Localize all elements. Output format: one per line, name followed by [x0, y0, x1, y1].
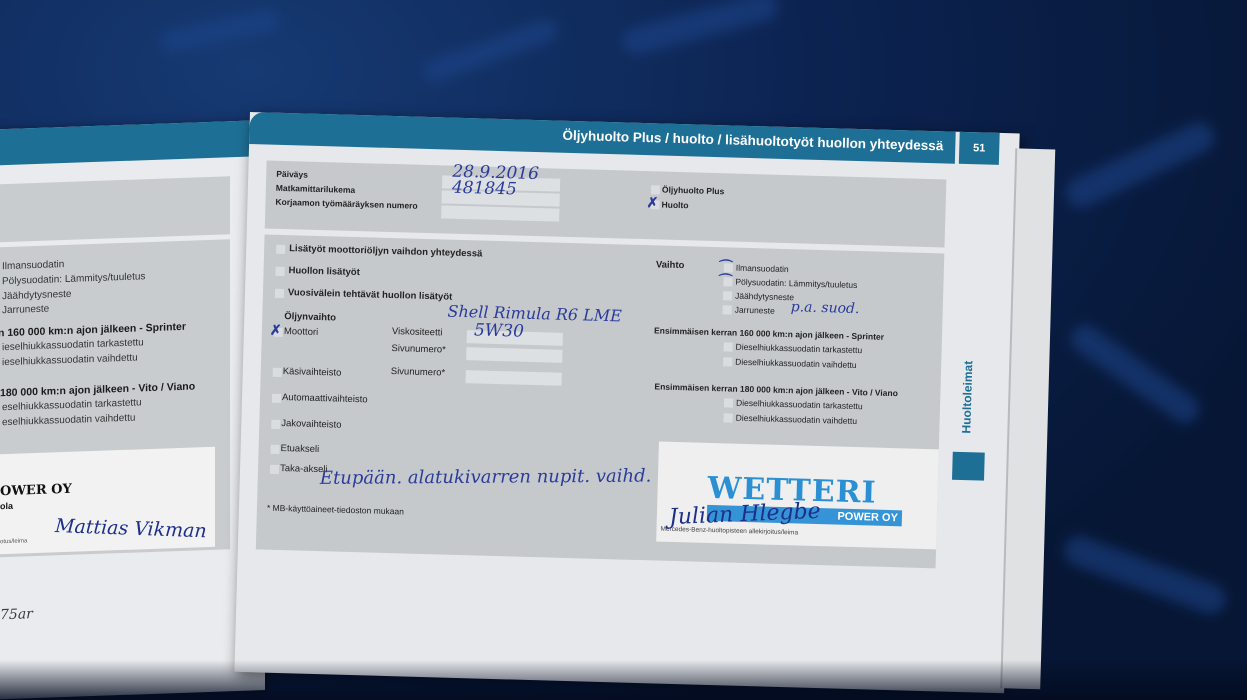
- oil-change-title: Öljynvaihto: [284, 311, 336, 323]
- vito-checkbox[interactable]: [724, 398, 733, 407]
- auto-gearbox-label: Automaattivaihteisto: [282, 392, 368, 405]
- replacement-check-mark: ⌒: [718, 270, 733, 290]
- side-tab[interactable]: Huoltoleimat: [951, 342, 984, 453]
- page-header: Öljyhuolto Plus / huolto / lisähuoltotyö…: [249, 112, 956, 164]
- engine-check-mark: ✗: [270, 322, 282, 339]
- left-stamp-area: OWER OY ola otus/leima Mattias Vikman: [0, 447, 215, 555]
- page-number: 51: [959, 132, 1000, 165]
- engine-label: Moottori: [284, 326, 319, 338]
- left-stamp-caption: otus/leima: [0, 538, 27, 545]
- carpet-texture: [619, 0, 781, 58]
- replacement-item: Pölysuodatin: Lämmitys/tuuletus: [735, 277, 857, 290]
- left-signature: Mattias Vikman: [54, 515, 207, 542]
- left-replacement-item: Jarruneste: [2, 304, 49, 317]
- front-axle-checkbox[interactable]: [270, 445, 279, 454]
- replacement-checkbox[interactable]: [723, 291, 732, 300]
- bottom-shadow: [0, 660, 1247, 700]
- page-title: Öljyhuolto Plus / huolto / lisähuoltotyö…: [562, 128, 943, 154]
- dealer-stamp-area: WETTERI POWER OY Mercedes-Benz-huoltopis…: [656, 442, 939, 550]
- left-header-bar: [0, 120, 265, 166]
- sprinter-checkbox[interactable]: [723, 357, 732, 366]
- extra-task-checkbox[interactable]: [275, 267, 284, 276]
- handwritten-remark: Etupään. alatukivarren nupit. vaihd.: [320, 466, 652, 489]
- vito-checkbox[interactable]: [724, 413, 733, 422]
- side-tab-label: Huoltoleimat: [959, 361, 975, 434]
- manual-gearbox-label: Käsivaihteisto: [283, 366, 342, 379]
- right-page: Öljyhuolto Plus / huolto / lisähuoltotyö…: [234, 112, 1019, 693]
- service-label: Huolto: [661, 200, 688, 211]
- dealer-signature: Julian Hlegbe: [668, 499, 821, 530]
- left-page: Ilmansuodatin Pölysuodatin: Lämmitys/tuu…: [0, 120, 265, 700]
- date-label: Päiväys: [276, 169, 308, 180]
- sprinter-item: Dieselhiukkassuodatin tarkastettu: [735, 342, 862, 356]
- sprinter-title: Ensimmäisen kerran 160 000 km:n ajon jäl…: [654, 325, 884, 341]
- oil-plus-checkbox[interactable]: [651, 185, 660, 194]
- vito-title: Ensimmäisen kerran 180 000 km:n ajon jäl…: [654, 381, 898, 398]
- left-handwritten-note: 75ar: [0, 606, 33, 623]
- extra-task-label: Vuosivälein tehtävät huollon lisätyöt: [288, 287, 453, 303]
- top-info-panel: Päiväys 28.9.2016 Matkamittarilukema 481…: [265, 160, 947, 247]
- side-tab-marker: [952, 452, 985, 481]
- work-order-field[interactable]: [441, 205, 559, 221]
- odometer-value: 481845: [452, 178, 517, 200]
- manual-gearbox-checkbox[interactable]: [273, 368, 282, 377]
- extra-task-label: Huollon lisätyöt: [288, 265, 360, 278]
- page-number-field-1[interactable]: [466, 347, 562, 363]
- carpet-texture: [1066, 320, 1205, 429]
- viscosity-label: Viskositeetti: [392, 326, 443, 338]
- rear-axle-checkbox[interactable]: [270, 465, 279, 474]
- extra-task-label: Lisätyöt moottoriöljyn vaihdon yhteydess…: [289, 243, 482, 259]
- work-order-label: Korjaamon työmääräyksen numero: [275, 197, 417, 211]
- vito-item: Dieselhiukkassuodatin tarkastettu: [736, 398, 863, 412]
- replacement-title: Vaihto: [656, 259, 685, 271]
- main-form-panel: Lisätyöt moottoriöljyn vaihdon yhteydess…: [256, 234, 945, 568]
- carpet-texture: [1061, 118, 1219, 213]
- transfer-case-label: Jakovaihteisto: [281, 418, 341, 431]
- page-edge: [1000, 148, 1055, 689]
- left-stamp-company: OWER OY: [0, 482, 72, 500]
- sprinter-item: Dieselhiukkassuodatin vaihdettu: [735, 357, 857, 370]
- sprinter-checkbox[interactable]: [724, 342, 733, 351]
- extra-task-checkbox[interactable]: [275, 289, 284, 298]
- extra-task-checkbox[interactable]: [276, 245, 285, 254]
- vito-item: Dieselhiukkassuodatin vaihdettu: [736, 413, 858, 426]
- replacement-item: Jäähdytysneste: [735, 291, 794, 303]
- footnote: * MB-käyttöaineet-tiedoston mukaan: [267, 503, 404, 517]
- left-top-panel: [0, 176, 230, 242]
- page-number-field-2[interactable]: [466, 370, 562, 386]
- replacement-checkbox[interactable]: [723, 305, 732, 314]
- carpet-texture: [159, 8, 281, 54]
- carpet-texture: [420, 17, 559, 86]
- front-axle-label: Etuakseli: [280, 443, 319, 455]
- carpet-texture: [1060, 532, 1230, 618]
- page-number-label-2: Sivunumero*: [391, 366, 446, 379]
- replacement-item: Ilmansuodatin: [736, 263, 789, 274]
- replacement-item: Jarruneste: [735, 305, 775, 316]
- page-number-label-1: Sivunumero*: [391, 343, 446, 356]
- odometer-label: Matkamittarilukema: [276, 183, 356, 195]
- auto-gearbox-checkbox[interactable]: [272, 394, 281, 403]
- left-stamp-sub: ola: [0, 501, 13, 511]
- replacement-note: p.a. suod.: [791, 299, 860, 317]
- transfer-case-checkbox[interactable]: [271, 420, 280, 429]
- left-replacement-item: Ilmansuodatin: [2, 259, 64, 272]
- oil-plus-label: Öljyhuolto Plus: [662, 185, 725, 197]
- viscosity-value: 5W30: [474, 320, 524, 341]
- service-check-mark: ✗: [646, 194, 658, 211]
